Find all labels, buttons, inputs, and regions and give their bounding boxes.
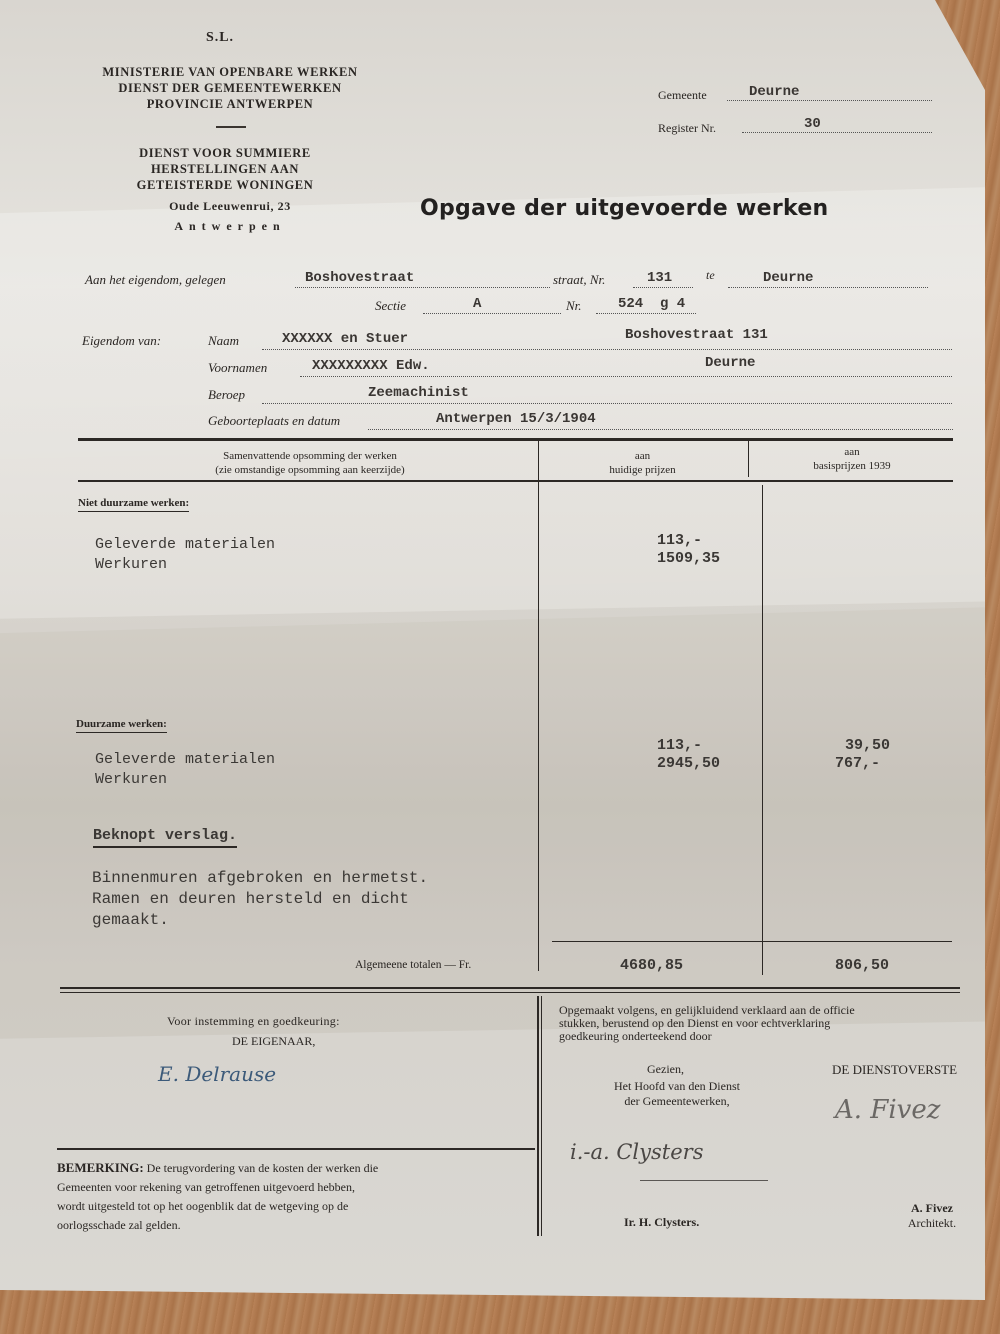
- row-description: Geleverde materialen: [95, 535, 275, 555]
- price-value: 2945,50: [600, 755, 720, 773]
- location-label: Aan het eigendom, gelegen: [85, 272, 226, 288]
- col-header-line: basisprijzen 1939: [752, 459, 952, 473]
- report-line: Ramen en deuren hersteld en dicht: [92, 889, 428, 910]
- header-bottom-rule: [78, 480, 953, 482]
- remark-block: BEMERKING: De terugvordering van de kost…: [57, 1158, 519, 1235]
- street-field: Boshovestraat: [295, 272, 550, 288]
- section-non-durable: Niet duurzame werken:: [78, 497, 189, 512]
- totals-top-rule: [552, 941, 952, 942]
- document-paper: S.L. MINISTERIE VAN OPENBARE WERKEN DIEN…: [0, 0, 985, 1300]
- row-description: Werkuren: [95, 770, 275, 790]
- street-value: Boshovestraat: [305, 270, 414, 286]
- summary-report-title: Beknopt verslag.: [93, 826, 237, 848]
- col-header-line: huidige prijzen: [540, 463, 745, 477]
- table-row: Geleverde materialen Werkuren: [95, 750, 275, 790]
- chief-signature: A. Fivez: [835, 1095, 940, 1125]
- row-description: Geleverde materialen: [95, 750, 275, 770]
- naam-field: XXXXXX en Stuer Boshovestraat 131: [262, 334, 952, 350]
- total-base-prices: 806,50: [835, 957, 889, 975]
- naam-label: Naam: [208, 333, 239, 349]
- col-header-line: (zie omstandige opsomming aan keerzijde): [85, 463, 535, 477]
- gezien-label: Gezien,: [647, 1062, 684, 1077]
- current-price-cell: 113,- 2945,50: [600, 737, 720, 773]
- price-value: 39,50: [790, 737, 890, 755]
- approval-label: Voor instemming en goedkeuring:: [167, 1014, 340, 1029]
- section-durable: Duurzame werken:: [76, 718, 167, 733]
- column-divider: [748, 441, 749, 477]
- sectie-value: A: [473, 296, 481, 312]
- service-head-title: Het Hoofd van den Dienst der Gemeentewer…: [577, 1079, 777, 1109]
- service-line: DIENST VOOR SUMMIERE: [60, 145, 390, 161]
- col-header-description: Samenvattende opsomming der werken (zie …: [85, 449, 535, 477]
- register-field: 30: [742, 118, 932, 133]
- totals-bottom-rule: [60, 992, 960, 993]
- remark-label: BEMERKING:: [57, 1160, 144, 1175]
- office-address: Oude Leeuwenrui, 23: [60, 198, 400, 214]
- sectie-field: A: [423, 298, 561, 314]
- row-description: Werkuren: [95, 555, 275, 575]
- report-line: gemaakt.: [92, 910, 428, 931]
- ministry-line: DIENST DER GEMEENTEWERKEN: [60, 80, 400, 96]
- owner-label: Eigendom van:: [82, 333, 161, 349]
- total-current-prices: 4680,85: [620, 957, 683, 975]
- title-line: der Gemeentewerken,: [577, 1094, 777, 1109]
- summary-report-text: Binnenmuren afgebroken en hermetst. Rame…: [92, 868, 428, 931]
- signature-underline: [640, 1180, 768, 1181]
- owner-address-value: Boshovestraat 131: [625, 327, 768, 343]
- voornamen-value: XXXXXXXXX Edw.: [312, 358, 430, 374]
- remark-line: oorlogsschade zal gelden.: [57, 1216, 519, 1235]
- price-value: 113,-: [600, 532, 720, 550]
- column-divider: [762, 485, 763, 975]
- cert-line: goedkeuring onderteekend door: [559, 1030, 1000, 1043]
- house-nr-value: 131: [647, 270, 672, 286]
- perceel-value: 524 g 4: [618, 296, 685, 312]
- service-heading: DIENST VOOR SUMMIERE HERSTELLINGEN AAN G…: [60, 145, 390, 193]
- sectie-label: Sectie: [375, 298, 406, 314]
- perceel-field: 524 g 4: [596, 298, 696, 314]
- price-value: 1509,35: [600, 550, 720, 568]
- base-price-cell: 39,50 767,-: [790, 737, 890, 773]
- price-value: 767,-: [790, 755, 890, 773]
- house-nr-field: 131: [633, 272, 693, 288]
- office-city: Antwerpen: [60, 218, 400, 234]
- col-header-line: aan: [540, 449, 745, 463]
- beroep-value: Zeemachinist: [368, 385, 469, 401]
- owner-title: DE EIGENAAR,: [232, 1034, 315, 1049]
- beroep-field: Zeemachinist: [262, 388, 952, 404]
- geboorte-label: Geboorteplaats en datum: [208, 413, 340, 429]
- initials: S.L.: [190, 30, 250, 46]
- gemeente-field: Deurne: [727, 86, 932, 101]
- ministry-line: MINISTERIE VAN OPENBARE WERKEN: [60, 64, 400, 80]
- col-header-current-prices: aan huidige prijzen: [540, 449, 745, 477]
- totals-bottom-rule: [60, 987, 960, 989]
- gemeente-label: Gemeente: [658, 88, 707, 103]
- divider: [216, 126, 246, 128]
- table-row: Geleverde materialen Werkuren: [95, 535, 275, 575]
- head-signature: i.-a. Clysters: [570, 1140, 703, 1164]
- owner-city-value: Deurne: [705, 355, 755, 371]
- report-line: Binnenmuren afgebroken en hermetst.: [92, 868, 428, 889]
- chief-name-block: A. Fivez Architekt.: [892, 1201, 972, 1231]
- remark-top-rule: [57, 1148, 535, 1150]
- geboorte-value: Antwerpen 15/3/1904: [436, 411, 596, 427]
- approval-divider: [541, 996, 542, 1236]
- current-price-cell: 113,- 1509,35: [600, 532, 720, 568]
- te-label: te: [706, 268, 715, 283]
- totals-label: Algemeene totalen — Fr.: [355, 958, 471, 973]
- straat-nr-label: straat, Nr.: [553, 272, 605, 288]
- certification-text: Opgemaakt volgens, en gelijkluidend verk…: [559, 1004, 1000, 1043]
- table-top-rule: [78, 438, 953, 441]
- remark-line: De terugvordering van de kosten der werk…: [147, 1161, 379, 1175]
- geboorte-field: Antwerpen 15/3/1904: [368, 414, 953, 430]
- register-value: 30: [804, 116, 821, 132]
- service-line: HERSTELLINGEN AAN: [60, 161, 390, 177]
- document-title: Opgave der uitgevoerde werken: [420, 196, 829, 221]
- price-value: 113,-: [600, 737, 720, 755]
- perceel-nr-label: Nr.: [566, 298, 582, 314]
- owner-signature: E. Delrause: [158, 1062, 276, 1086]
- ministry-heading: MINISTERIE VAN OPENBARE WERKEN DIENST DE…: [60, 64, 400, 112]
- voornamen-field: XXXXXXXXX Edw. Deurne: [300, 361, 952, 377]
- remark-line: Gemeenten voor rekening van getroffenen …: [57, 1178, 519, 1197]
- approval-divider: [537, 996, 539, 1236]
- remark-line: wordt uitgesteld tot op het oogenblik da…: [57, 1197, 519, 1216]
- col-header-base-prices: aan basisprijzen 1939: [752, 445, 952, 473]
- col-header-line: aan: [752, 445, 952, 459]
- te-value: Deurne: [763, 270, 813, 286]
- head-name: Ir. H. Clysters.: [624, 1215, 699, 1230]
- service-line: GETEISTERDE WONINGEN: [60, 177, 390, 193]
- service-chief-title: DE DIENSTOVERSTE: [832, 1062, 957, 1077]
- chief-name: A. Fivez: [892, 1201, 972, 1216]
- gemeente-value: Deurne: [749, 84, 799, 100]
- column-divider: [538, 441, 539, 971]
- ministry-line: PROVINCIE ANTWERPEN: [60, 96, 400, 112]
- voornamen-label: Voornamen: [208, 360, 267, 376]
- col-header-line: Samenvattende opsomming der werken: [85, 449, 535, 463]
- chief-role: Architekt.: [892, 1216, 972, 1231]
- register-label: Register Nr.: [658, 121, 716, 136]
- title-line: Het Hoofd van den Dienst: [577, 1079, 777, 1094]
- te-field: Deurne: [728, 272, 928, 288]
- naam-value: XXXXXX en Stuer: [282, 331, 408, 347]
- beroep-label: Beroep: [208, 387, 245, 403]
